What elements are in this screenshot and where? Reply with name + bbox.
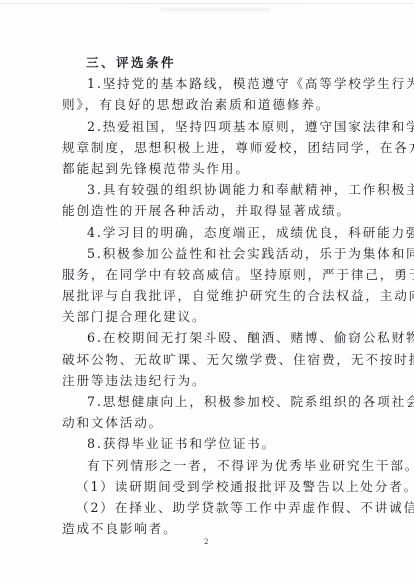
text-line: 则》，有良好的思想政治素质和道德修养。 — [62, 94, 354, 115]
text-line: （2）在择业、助学贷款等工作中弄虚作假、不讲诚信， — [62, 497, 354, 518]
text-line: 有下列情形之一者，不得评为优秀毕业研究生干部。 — [62, 455, 354, 476]
text-line: 服务，在同学中有较高威信。坚持原则，严于律己，勇于开 — [62, 264, 354, 285]
text-line: 造成不良影响者。 — [62, 518, 354, 539]
text-line: 8.获得毕业证书和学位证书。 — [62, 433, 354, 454]
text-line: （1）读研期间受到学校通报批评及警告以上处分者。 — [62, 476, 354, 497]
text-line: 破坏公物、无故旷课、无欠缴学费、住宿费，无不按时报到 — [62, 349, 354, 370]
document-body: 三、评选条件 1.坚持党的基本路线，模范遵守《高等学校学生行为准 则》，有良好的… — [62, 52, 354, 539]
text-line: 7.思想健康向上，积极参加校、院系组织的各项社会活 — [62, 391, 354, 412]
text-line: 展批评与自我批评，自觉维护研究生的合法权益，主动向有 — [62, 285, 354, 306]
text-line: 5.积极参加公益性和社会实践活动，乐于为集体和同学 — [62, 243, 354, 264]
section-heading: 三、评选条件 — [62, 52, 354, 73]
text-line: 都能起到先锋模范带头作用。 — [62, 158, 354, 179]
text-line: 3.具有较强的组织协调能力和奉献精神，工作积极主动， — [62, 179, 354, 200]
document-page: 三、评选条件 1.坚持党的基本路线，模范遵守《高等学校学生行为准 则》，有良好的… — [0, 0, 414, 582]
scan-bleed-line — [0, 3, 414, 4]
text-line: 注册等违法违纪行为。 — [62, 370, 354, 391]
text-line: 2.热爱祖国，坚持四项基本原则，遵守国家法律和学校 — [62, 116, 354, 137]
text-line: 能创造性的开展各种活动，并取得显著成绩。 — [62, 200, 354, 221]
text-line: 1.坚持党的基本路线，模范遵守《高等学校学生行为准 — [62, 73, 354, 94]
text-line: 4.学习目的明确，态度端正，成绩优良，科研能力强。 — [62, 222, 354, 243]
text-line: 6.在校期间无打架斗殴、酗酒、赌博、偷窃公私财物、 — [62, 327, 354, 348]
text-line: 规章制度，思想积极上进，尊师爱校，团结同学，在各方面 — [62, 137, 354, 158]
scan-bleed-mark — [160, 8, 270, 11]
page-number: 2 — [204, 538, 208, 546]
text-line: 动和文体活动。 — [62, 412, 354, 433]
text-line: 关部门提合理化建议。 — [62, 306, 354, 327]
